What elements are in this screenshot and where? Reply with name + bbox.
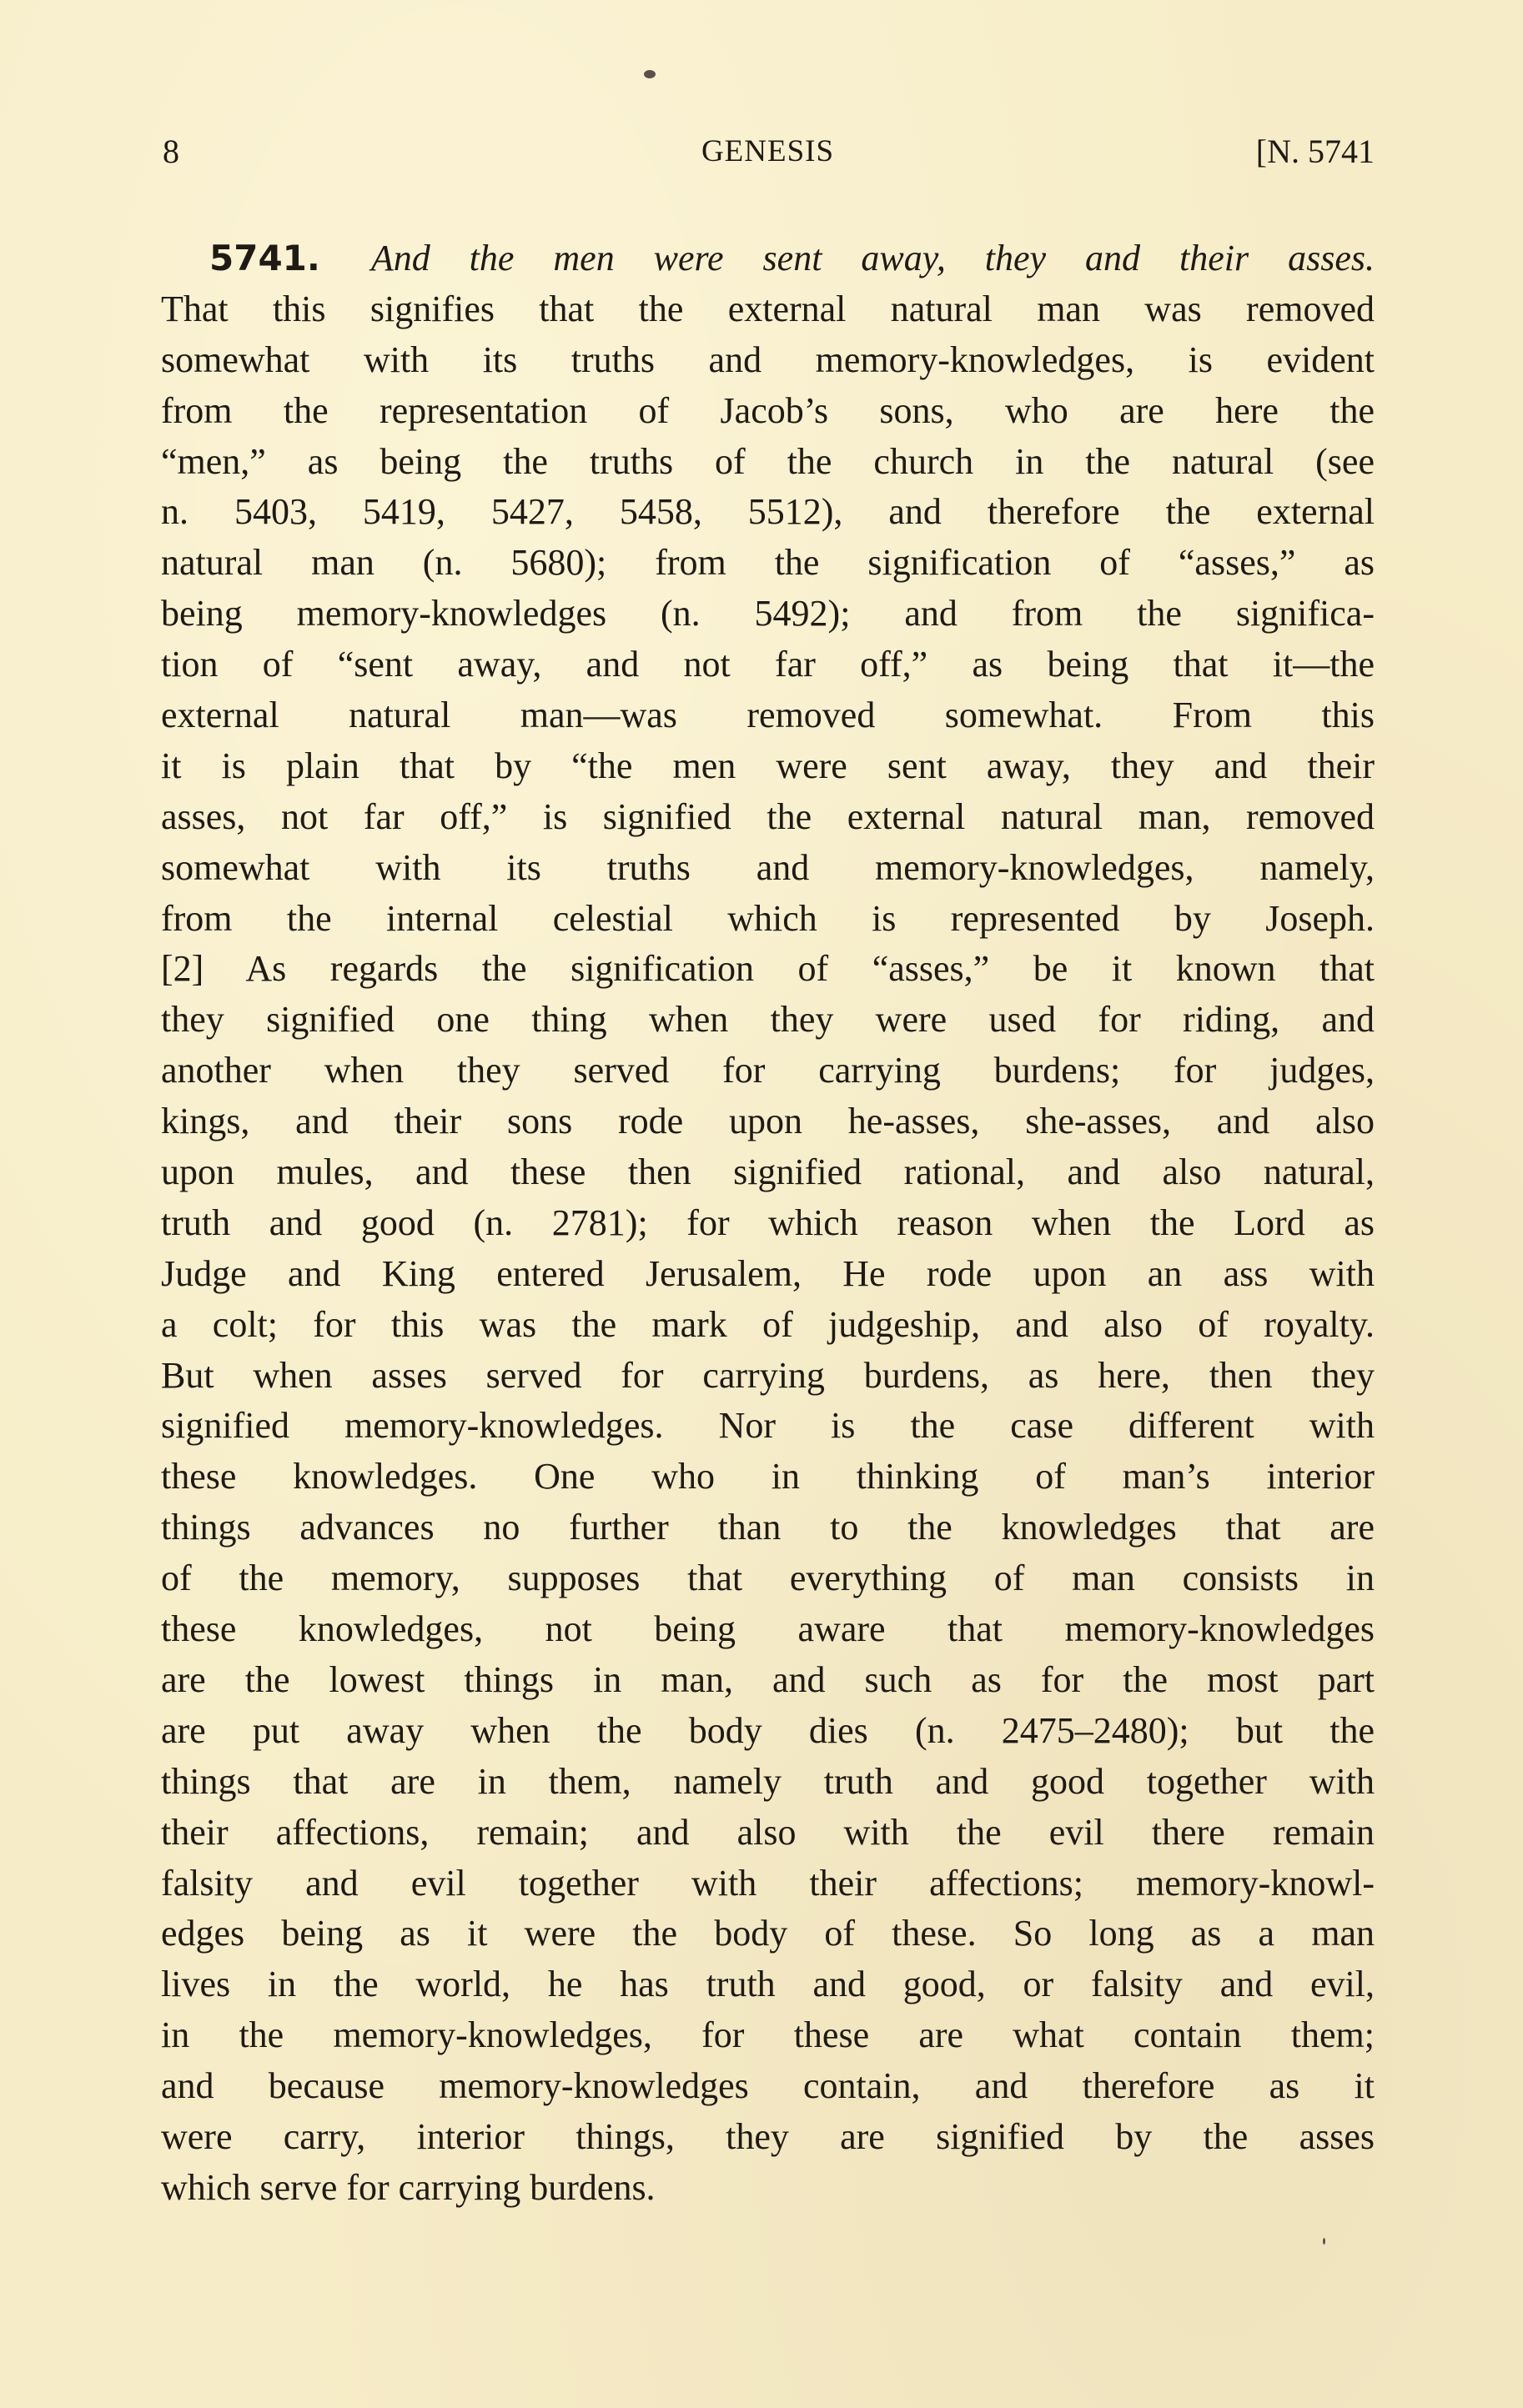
text-line-content: they signified one thing when they were … xyxy=(161,995,1375,1046)
text-line: in the memory-knowledges, for these are … xyxy=(161,2010,1375,2061)
text-line-content: “men,” as being the truths of the church… xyxy=(161,437,1375,488)
text-line: another when they served for carrying bu… xyxy=(161,1046,1375,1096)
paragraph-number: 5741. xyxy=(209,238,320,278)
text-line-content: signified memory-knowledges. Nor is the … xyxy=(161,1401,1375,1452)
ink-speck xyxy=(644,70,656,78)
text-line: external natural man—was removed somewha… xyxy=(161,690,1375,741)
text-line: somewhat with its truths and memory-know… xyxy=(161,843,1375,894)
verse-quotation: And the men were sent away, they and the… xyxy=(371,238,1375,278)
text-line-content: a colt; for this was the mark of judgesh… xyxy=(161,1300,1375,1351)
text-line-content: are the lowest things in man, and such a… xyxy=(161,1655,1375,1706)
text-line: edges being as it were the body of these… xyxy=(161,1909,1375,1959)
text-line: n. 5403, 5419, 5427, 5458, 5512), and th… xyxy=(161,487,1375,538)
text-line-content: from the internal celestial which is rep… xyxy=(161,894,1375,945)
text-line-content: their affections, remain; and also with … xyxy=(161,1808,1375,1859)
paragraph-heading-line: 5741. And the men were sent away, they a… xyxy=(161,233,1375,284)
text-line: signified memory-knowledges. Nor is the … xyxy=(161,1401,1375,1452)
text-line: “men,” as being the truths of the church… xyxy=(161,437,1375,488)
text-line: falsity and evil together with their aff… xyxy=(161,1859,1375,1909)
text-line: it is plain that by “the men were sent a… xyxy=(161,741,1375,792)
text-line: and because memory-knowledges contain, a… xyxy=(161,2061,1375,2112)
text-line: things advances no further than to the k… xyxy=(161,1502,1375,1553)
text-line-content: another when they served for carrying bu… xyxy=(161,1046,1375,1096)
text-line: kings, and their sons rode upon he-asses… xyxy=(161,1096,1375,1147)
text-line: lives in the world, he has truth and goo… xyxy=(161,1959,1375,2010)
text-line: things that are in them, namely truth an… xyxy=(161,1757,1375,1808)
text-line-content: asses, not far off,” is signified the ex… xyxy=(161,792,1375,843)
text-line: truth and good (n. 2781); for which reas… xyxy=(161,1198,1375,1249)
body-text: 5741. And the men were sent away, they a… xyxy=(161,233,1375,2214)
text-line: asses, not far off,” is signified the ex… xyxy=(161,792,1375,843)
text-line-content: in the memory-knowledges, for these are … xyxy=(161,2010,1375,2061)
text-line-content: n. 5403, 5419, 5427, 5458, 5512), and th… xyxy=(161,487,1375,538)
text-line-content: things advances no further than to the k… xyxy=(161,1502,1375,1553)
text-line: Judge and King entered Jerusalem, He rod… xyxy=(161,1249,1375,1300)
text-line-content: falsity and evil together with their aff… xyxy=(161,1859,1375,1909)
text-line-content: these knowledges. One who in thinking of… xyxy=(161,1452,1375,1502)
text-line-content: which serve for carrying burdens. xyxy=(161,2163,1375,2214)
text-line-content: of the memory, supposes that everything … xyxy=(161,1553,1375,1604)
text-line-content: edges being as it were the body of these… xyxy=(161,1909,1375,1959)
text-line: are put away when the body dies (n. 2475… xyxy=(161,1706,1375,1757)
text-line: [2] As regards the signification of “ass… xyxy=(161,944,1375,995)
text-line: were carry, interior things, they are si… xyxy=(161,2112,1375,2163)
text-line: these knowledges. One who in thinking of… xyxy=(161,1452,1375,1502)
text-line: from the representation of Jacob’s sons,… xyxy=(161,386,1375,437)
text-line: they signified one thing when they were … xyxy=(161,995,1375,1046)
text-line-content: Judge and King entered Jerusalem, He rod… xyxy=(161,1249,1375,1300)
text-line-content: tion of “sent away, and not far off,” as… xyxy=(161,640,1375,690)
text-line-content: and because memory-knowledges contain, a… xyxy=(161,2061,1375,2112)
text-line-content: But when asses served for carrying burde… xyxy=(161,1351,1375,1402)
text-line: these knowledges, not being aware that m… xyxy=(161,1604,1375,1655)
text-line: somewhat with its truths and memory-know… xyxy=(161,335,1375,386)
section-reference: [N. 5741 xyxy=(1256,127,1375,177)
text-line-content: somewhat with its truths and memory-know… xyxy=(161,335,1375,386)
text-line: which serve for carrying burdens. xyxy=(161,2163,1375,2214)
text-line-content: lives in the world, he has truth and goo… xyxy=(161,1959,1375,2010)
text-line-content: upon mules, and these then signified rat… xyxy=(161,1147,1375,1198)
text-line: of the memory, supposes that everything … xyxy=(161,1553,1375,1604)
text-line-content: things that are in them, namely truth an… xyxy=(161,1757,1375,1808)
text-line: being memory-knowledges (n. 5492); and f… xyxy=(161,589,1375,640)
text-line: from the internal celestial which is rep… xyxy=(161,894,1375,945)
text-line-content: external natural man—was removed somewha… xyxy=(161,690,1375,741)
ink-speck xyxy=(1323,2238,1325,2245)
text-line: tion of “sent away, and not far off,” as… xyxy=(161,640,1375,690)
text-line-content: are put away when the body dies (n. 2475… xyxy=(161,1706,1375,1757)
text-line: natural man (n. 5680); from the signific… xyxy=(161,538,1375,589)
text-line: But when asses served for carrying burde… xyxy=(161,1351,1375,1402)
text-line-content: it is plain that by “the men were sent a… xyxy=(161,741,1375,792)
text-line-content: natural man (n. 5680); from the signific… xyxy=(161,538,1375,589)
text-line-content: kings, and their sons rode upon he-asses… xyxy=(161,1096,1375,1147)
text-line-content: That this signifies that the external na… xyxy=(161,284,1375,335)
text-line-content: these knowledges, not being aware that m… xyxy=(161,1604,1375,1655)
text-line: their affections, remain; and also with … xyxy=(161,1808,1375,1859)
text-line: upon mules, and these then signified rat… xyxy=(161,1147,1375,1198)
text-line-content: somewhat with its truths and memory-know… xyxy=(161,843,1375,894)
text-line: a colt; for this was the mark of judgesh… xyxy=(161,1300,1375,1351)
text-line: That this signifies that the external na… xyxy=(161,284,1375,335)
text-line: are the lowest things in man, and such a… xyxy=(161,1655,1375,1706)
running-head: 8 GENESIS [N. 5741 xyxy=(161,127,1375,177)
paragraph-lines: That this signifies that the external na… xyxy=(161,284,1375,2214)
text-line-content: [2] As regards the signification of “ass… xyxy=(161,944,1375,995)
text-line-content: from the representation of Jacob’s sons,… xyxy=(161,386,1375,437)
running-title: GENESIS xyxy=(161,127,1375,177)
text-line-content: being memory-knowledges (n. 5492); and f… xyxy=(161,589,1375,640)
text-line-content: were carry, interior things, they are si… xyxy=(161,2112,1375,2163)
text-line-content: truth and good (n. 2781); for which reas… xyxy=(161,1198,1375,1249)
